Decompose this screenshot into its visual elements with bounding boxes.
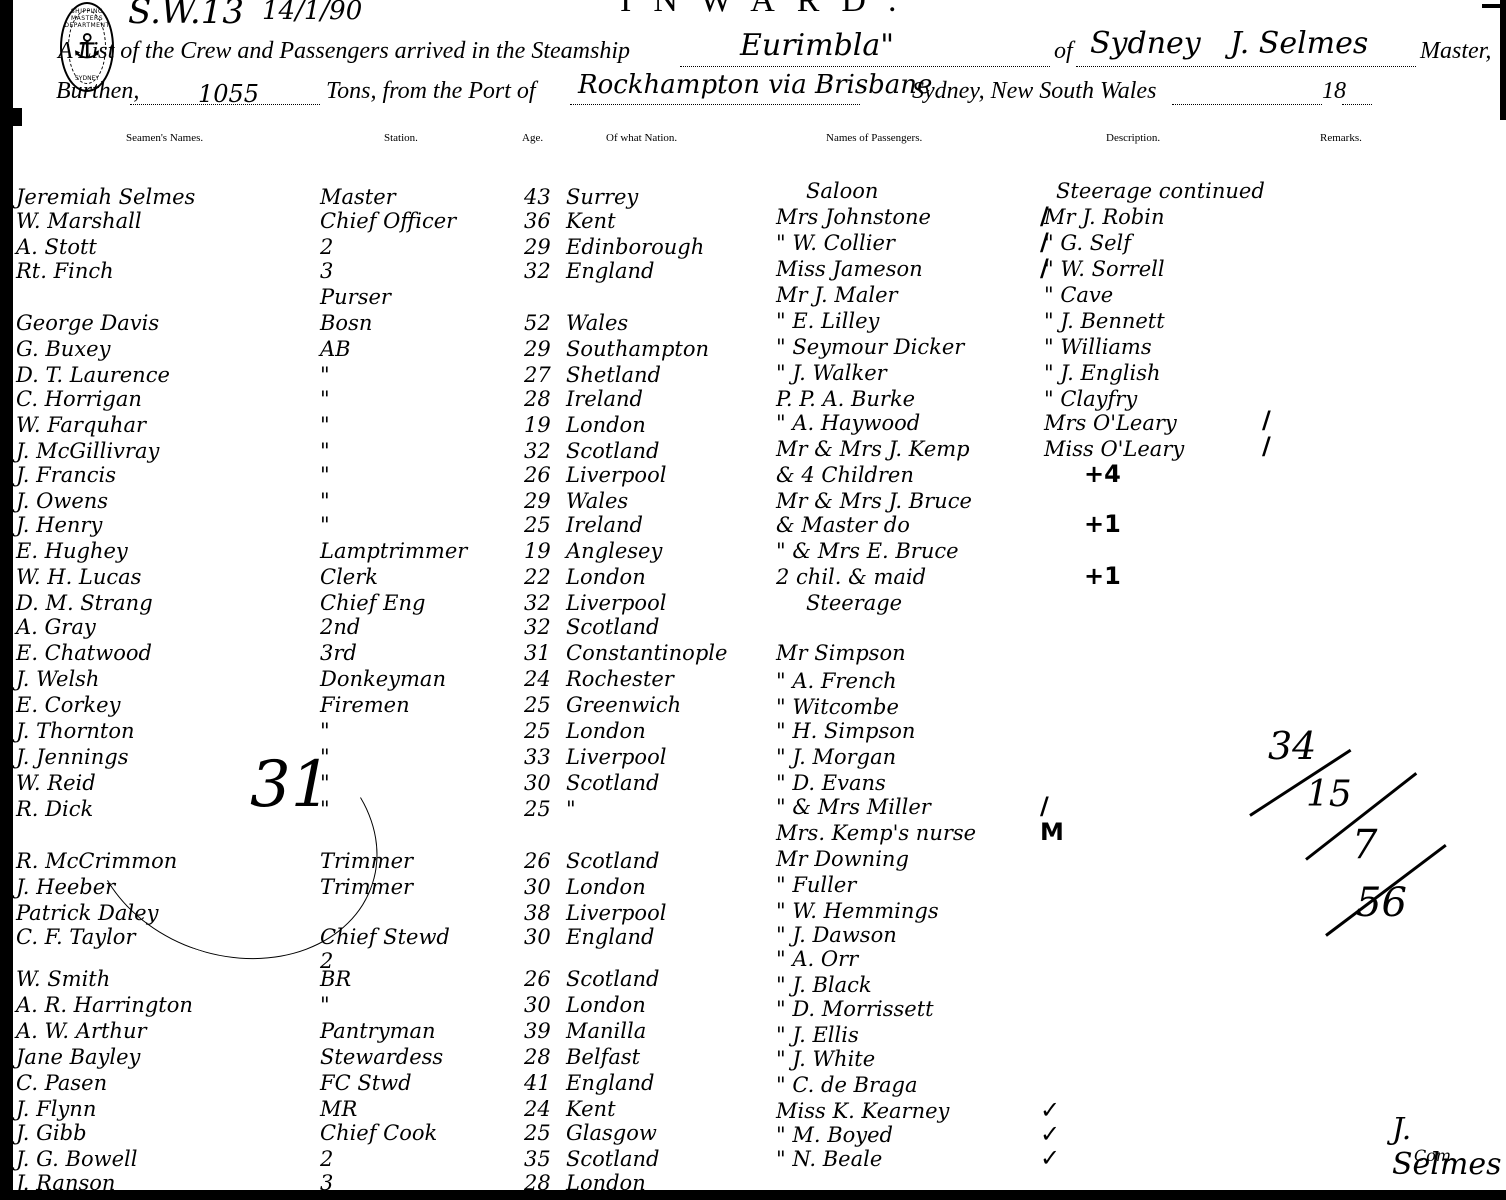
crew-nation: Kent xyxy=(566,208,616,234)
crew-age: 30 xyxy=(524,924,551,950)
crew-age: 25 xyxy=(524,692,551,718)
crew-age: 28 xyxy=(524,386,551,412)
passenger-name: " W. Hemmings xyxy=(776,898,939,924)
line1-suffix: Master, xyxy=(1420,38,1491,65)
crew-station: Master xyxy=(320,184,396,210)
passenger-name: " G. Self xyxy=(1044,230,1131,256)
crew-nation: Liverpool xyxy=(566,462,666,488)
crew-station: AB xyxy=(320,336,351,362)
passenger-section-heading: Steerage continued xyxy=(1056,178,1265,204)
check-mark-icon: ✓ xyxy=(1040,1144,1060,1172)
crew-nation: Scotland xyxy=(566,848,659,874)
crew-station: " xyxy=(320,362,330,388)
scan-border-notch xyxy=(0,108,22,126)
crew-station: Chief Eng xyxy=(320,590,425,616)
passenger-name: Mr & Mrs J. Bruce xyxy=(776,488,972,514)
crew-age: 25 xyxy=(524,796,551,822)
passenger-name: Mr & Mrs J. Kemp xyxy=(776,436,970,462)
crew-station: " xyxy=(320,386,330,412)
crew-station: " xyxy=(320,512,330,538)
crew-nation: Edinborough xyxy=(566,234,704,260)
passenger-name: " W. Sorrell xyxy=(1044,256,1165,282)
crew-nation: Scotland xyxy=(566,770,659,796)
tally-value-3: 7 xyxy=(1352,822,1377,868)
passenger-name: Miss O'Leary xyxy=(1044,436,1184,462)
crew-nation: Scotland xyxy=(566,438,659,464)
crew-name: W. Marshall xyxy=(16,208,142,234)
line1-prefix: A List of the Crew and Passengers arrive… xyxy=(58,38,630,65)
crew-nation: Scotland xyxy=(566,1146,659,1172)
passenger-name: Miss K. Kearney xyxy=(776,1098,949,1124)
crew-station: Pantryman xyxy=(320,1018,436,1044)
passenger-name: " E. Lilley xyxy=(776,308,879,334)
scan-border-bottom xyxy=(0,1190,1506,1200)
crew-name: A. Stott xyxy=(16,234,97,260)
crew-age: 29 xyxy=(524,234,551,260)
passenger-name: " D. Morrissett xyxy=(776,996,934,1022)
year-prefix: 18 xyxy=(1322,78,1346,105)
crew-nation: Southampton xyxy=(566,336,709,362)
seal-text-top: SHIPPING MASTERS DEPARTMENT xyxy=(62,8,112,29)
tally-mark: +1 xyxy=(1084,510,1121,538)
crew-age: 29 xyxy=(524,336,551,362)
date-line xyxy=(1172,104,1322,105)
crew-age: 30 xyxy=(524,770,551,796)
crew-nation: Kent xyxy=(566,1096,616,1122)
crew-station: 2nd xyxy=(320,614,360,640)
column-description: Description. xyxy=(1106,132,1160,144)
crew-name: Jane Bayley xyxy=(16,1044,140,1070)
crew-nation: Manilla xyxy=(566,1018,646,1044)
ship-name: Eurimbla" xyxy=(740,28,894,63)
crew-age: 24 xyxy=(524,1096,551,1122)
crew-name: J. Ranson xyxy=(16,1170,115,1196)
passenger-name: " H. Simpson xyxy=(776,718,915,744)
scan-border-top-right xyxy=(1482,4,1506,8)
crew-name: A. Gray xyxy=(16,614,96,640)
scan-border-right xyxy=(1500,0,1506,120)
crew-station: Purser xyxy=(320,284,391,310)
tally-mark: / xyxy=(1262,432,1271,460)
crew-nation: Liverpool xyxy=(566,744,666,770)
line1-of: of xyxy=(1054,38,1073,65)
crew-age: 36 xyxy=(524,208,551,234)
passenger-name: " Cave xyxy=(1044,282,1113,308)
tonnage: 1055 xyxy=(198,80,259,108)
column-passengers: Names of Passengers. xyxy=(826,132,922,144)
passenger-name: Mr J. Robin xyxy=(1044,204,1165,230)
crew-age: 26 xyxy=(524,966,551,992)
crew-name: J. McGillivray xyxy=(16,438,159,464)
crew-station: 3 xyxy=(320,1170,333,1196)
crew-age: 28 xyxy=(524,1044,551,1070)
tally-mark: +4 xyxy=(1084,460,1121,488)
crew-station: Chief Cook xyxy=(320,1120,437,1146)
tally-value-2: 15 xyxy=(1306,774,1352,815)
crew-name: Rt. Finch xyxy=(16,258,114,284)
crew-station: " xyxy=(320,488,330,514)
crew-name: George Davis xyxy=(16,310,159,336)
crew-age: 26 xyxy=(524,848,551,874)
crew-name: J. Flynn xyxy=(16,1096,96,1122)
circled-crew-total: 31 xyxy=(250,748,331,822)
crew-station: 3 xyxy=(320,258,333,284)
column-age: Age. xyxy=(522,132,543,144)
crew-age: 32 xyxy=(524,590,551,616)
crew-station: " xyxy=(320,462,330,488)
passenger-name: Mr J. Maler xyxy=(776,282,898,308)
crew-name: A. W. Arthur xyxy=(16,1018,147,1044)
crew-station: " xyxy=(320,438,330,464)
crew-station: Chief Officer xyxy=(320,208,456,234)
crew-nation: Scotland xyxy=(566,614,659,640)
passenger-name: P. P. A. Burke xyxy=(776,386,915,412)
passenger-name: " N. Beale xyxy=(776,1146,882,1172)
passenger-name: Mrs O'Leary xyxy=(1044,410,1177,436)
crew-age: 30 xyxy=(524,874,551,900)
crew-age: 29 xyxy=(524,488,551,514)
crew-nation: London xyxy=(566,412,646,438)
column-station: Station. xyxy=(384,132,418,144)
tally-mark: / xyxy=(1040,792,1049,820)
crew-nation: Wales xyxy=(566,488,628,514)
passenger-section-heading: Saloon xyxy=(806,178,878,204)
crew-name: J. Francis xyxy=(16,462,116,488)
crew-station: Donkeyman xyxy=(320,666,446,692)
crew-station: Clerk xyxy=(320,564,378,590)
passenger-name: 2 chil. & maid xyxy=(776,564,926,590)
year-line xyxy=(1342,104,1372,105)
line2-destination: Sydney, New South Wales xyxy=(912,78,1156,105)
tally-value-4: 56 xyxy=(1356,880,1407,926)
passenger-name: Mrs Johnstone xyxy=(776,204,931,230)
passenger-name: " A. Haywood xyxy=(776,410,920,436)
crew-name: A. R. Harrington xyxy=(16,992,193,1018)
passenger-name: " J. Walker xyxy=(776,360,887,386)
crew-age: 38 xyxy=(524,900,551,926)
crew-age: 52 xyxy=(524,310,551,336)
crew-nation: London xyxy=(566,718,646,744)
line2-prefix: Burthen, xyxy=(56,78,139,105)
port-master-line xyxy=(1076,66,1416,67)
passenger-name: " A. Orr xyxy=(776,946,858,972)
crew-name: J. Gibb xyxy=(16,1120,87,1146)
crew-nation: Wales xyxy=(566,310,628,336)
reference-date: 14/1/90 xyxy=(262,0,362,26)
crew-nation: Anglesey xyxy=(566,538,662,564)
crew-station: MR xyxy=(320,1096,357,1122)
passenger-name: " J. White xyxy=(776,1046,875,1072)
crew-name: C. Pasen xyxy=(16,1070,107,1096)
passenger-name: " M. Boyed xyxy=(776,1122,893,1148)
crew-station: Firemen xyxy=(320,692,410,718)
crew-age: 28 xyxy=(524,1170,551,1196)
crew-nation: Constantinople xyxy=(566,640,727,666)
crew-age: 31 xyxy=(524,640,551,666)
crew-nation: Ireland xyxy=(566,512,643,538)
crew-nation: Scotland xyxy=(566,966,659,992)
crew-name: E. Corkey xyxy=(16,692,120,718)
crew-nation: London xyxy=(566,564,646,590)
crew-nation: England xyxy=(566,924,655,950)
crew-station: " xyxy=(320,412,330,438)
passenger-name: Miss Jameson xyxy=(776,256,923,282)
crew-name: E. Chatwood xyxy=(16,640,152,666)
crew-name: W. Smith xyxy=(16,966,110,992)
crew-name: R. Dick xyxy=(16,796,93,822)
crew-nation: London xyxy=(566,874,646,900)
tally-mark: M xyxy=(1040,818,1064,846)
crew-name: Jeremiah Selmes xyxy=(16,184,195,210)
passenger-section-heading: Steerage xyxy=(806,590,902,616)
crew-name: C. F. Taylor xyxy=(16,924,135,950)
crew-nation: Surrey xyxy=(566,184,638,210)
crew-age: 24 xyxy=(524,666,551,692)
passenger-name: " J. Ellis xyxy=(776,1022,859,1048)
crew-name: W. Reid xyxy=(16,770,96,796)
crew-age: 25 xyxy=(524,718,551,744)
crew-age: 33 xyxy=(524,744,551,770)
crew-name: J. Thornton xyxy=(16,718,134,744)
crew-name: J. G. Bowell xyxy=(16,1146,137,1172)
passenger-name: " Witcombe xyxy=(776,694,899,720)
crew-age: 27 xyxy=(524,362,551,388)
passenger-name: Mr Downing xyxy=(776,846,909,872)
crew-station: 2 xyxy=(320,1146,333,1172)
tally-value-1: 34 xyxy=(1268,724,1316,768)
crew-age: 25 xyxy=(524,1120,551,1146)
document-heading: INWARD. xyxy=(620,0,918,20)
crew-name: J. Heeber xyxy=(16,874,115,900)
crew-station: " xyxy=(320,992,330,1018)
passenger-name: " J. Dawson xyxy=(776,922,897,948)
crew-nation: Rochester xyxy=(566,666,674,692)
line2-mid: Tons, from the Port of xyxy=(326,78,536,105)
crew-nation: Glasgow xyxy=(566,1120,657,1146)
tally-mark: +1 xyxy=(1084,562,1121,590)
passenger-name: " Seymour Dicker xyxy=(776,334,964,360)
crew-nation: Liverpool xyxy=(566,590,666,616)
passenger-name: " A. French xyxy=(776,668,897,694)
passenger-name: & Master do xyxy=(776,512,910,538)
ship-name-line xyxy=(680,66,1050,67)
passenger-name: Mr Simpson xyxy=(776,640,906,666)
crew-name: E. Hughey xyxy=(16,538,128,564)
crew-name: D. M. Strang xyxy=(16,590,153,616)
crew-nation: Belfast xyxy=(566,1044,640,1070)
signature-title: Com. xyxy=(1414,1146,1456,1165)
from-port: Rockhampton via Brisbane xyxy=(578,70,932,100)
passenger-name: " J. Morgan xyxy=(776,744,896,770)
crew-name: D. T. Laurence xyxy=(16,362,170,388)
crew-age: 35 xyxy=(524,1146,551,1172)
crew-age: 19 xyxy=(524,412,551,438)
crew-station: Stewardess xyxy=(320,1044,443,1070)
crew-nation: Ireland xyxy=(566,386,643,412)
crew-age: 43 xyxy=(524,184,551,210)
from-port-line xyxy=(570,104,860,105)
crew-nation: England xyxy=(566,1070,655,1096)
crew-age: 19 xyxy=(524,538,551,564)
crew-age: 32 xyxy=(524,614,551,640)
crew-nation: England xyxy=(566,258,655,284)
crew-nation: Shetland xyxy=(566,362,661,388)
crew-station: 3rd xyxy=(320,640,357,666)
crew-nation: London xyxy=(566,992,646,1018)
column-seamen-names: Seamen's Names. xyxy=(126,132,203,144)
passenger-name: " Williams xyxy=(1044,334,1152,360)
crew-station: FC Stwd xyxy=(320,1070,412,1096)
crew-name: C. Horrigan xyxy=(16,386,142,412)
passenger-name: " J. Black xyxy=(776,972,872,998)
tally-mark: / xyxy=(1262,406,1271,434)
crew-name: G. Buxey xyxy=(16,336,110,362)
home-port: Sydney xyxy=(1090,26,1201,61)
crew-age: 39 xyxy=(524,1018,551,1044)
crew-name: J. Henry xyxy=(16,512,102,538)
passenger-name: & 4 Children xyxy=(776,462,914,488)
passenger-name: " D. Evans xyxy=(776,770,886,796)
crew-nation: Liverpool xyxy=(566,900,666,926)
crew-station: 2 xyxy=(320,234,333,260)
reference-number: S.W.13 xyxy=(128,0,244,32)
column-remarks: Remarks. xyxy=(1320,132,1362,144)
crew-name: W. H. Lucas xyxy=(16,564,141,590)
passenger-name: " C. de Braga xyxy=(776,1072,918,1098)
crew-nation: " xyxy=(566,796,576,822)
scan-border-left xyxy=(0,0,13,1200)
crew-name: J. Owens xyxy=(16,488,108,514)
column-nation: Of what Nation. xyxy=(606,132,677,144)
crew-nation: Greenwich xyxy=(566,692,681,718)
crew-name: W. Farquhar xyxy=(16,412,146,438)
crew-age: 32 xyxy=(524,438,551,464)
crew-station: Bosn xyxy=(320,310,372,336)
crew-station: BR xyxy=(320,966,351,992)
master-name: J. Selmes xyxy=(1230,26,1368,61)
passenger-name: " W. Collier xyxy=(776,230,895,256)
passenger-name: Mrs. Kemp's nurse xyxy=(776,820,976,846)
crew-station: " xyxy=(320,718,330,744)
passenger-name: " & Mrs Miller xyxy=(776,794,931,820)
crew-nation: London xyxy=(566,1170,646,1196)
crew-age: 41 xyxy=(524,1070,551,1096)
crew-age: 25 xyxy=(524,512,551,538)
passenger-name: " Clayfry xyxy=(1044,386,1137,412)
crew-age: 30 xyxy=(524,992,551,1018)
passenger-name: " & Mrs E. Bruce xyxy=(776,538,959,564)
passenger-name: " J. English xyxy=(1044,360,1161,386)
passenger-name: " J. Bennett xyxy=(1044,308,1165,334)
crew-age: 26 xyxy=(524,462,551,488)
crew-station: Lamptrimmer xyxy=(320,538,467,564)
crew-age: 22 xyxy=(524,564,551,590)
crew-age: 32 xyxy=(524,258,551,284)
passenger-name: " Fuller xyxy=(776,872,856,898)
crew-name: J. Welsh xyxy=(16,666,99,692)
